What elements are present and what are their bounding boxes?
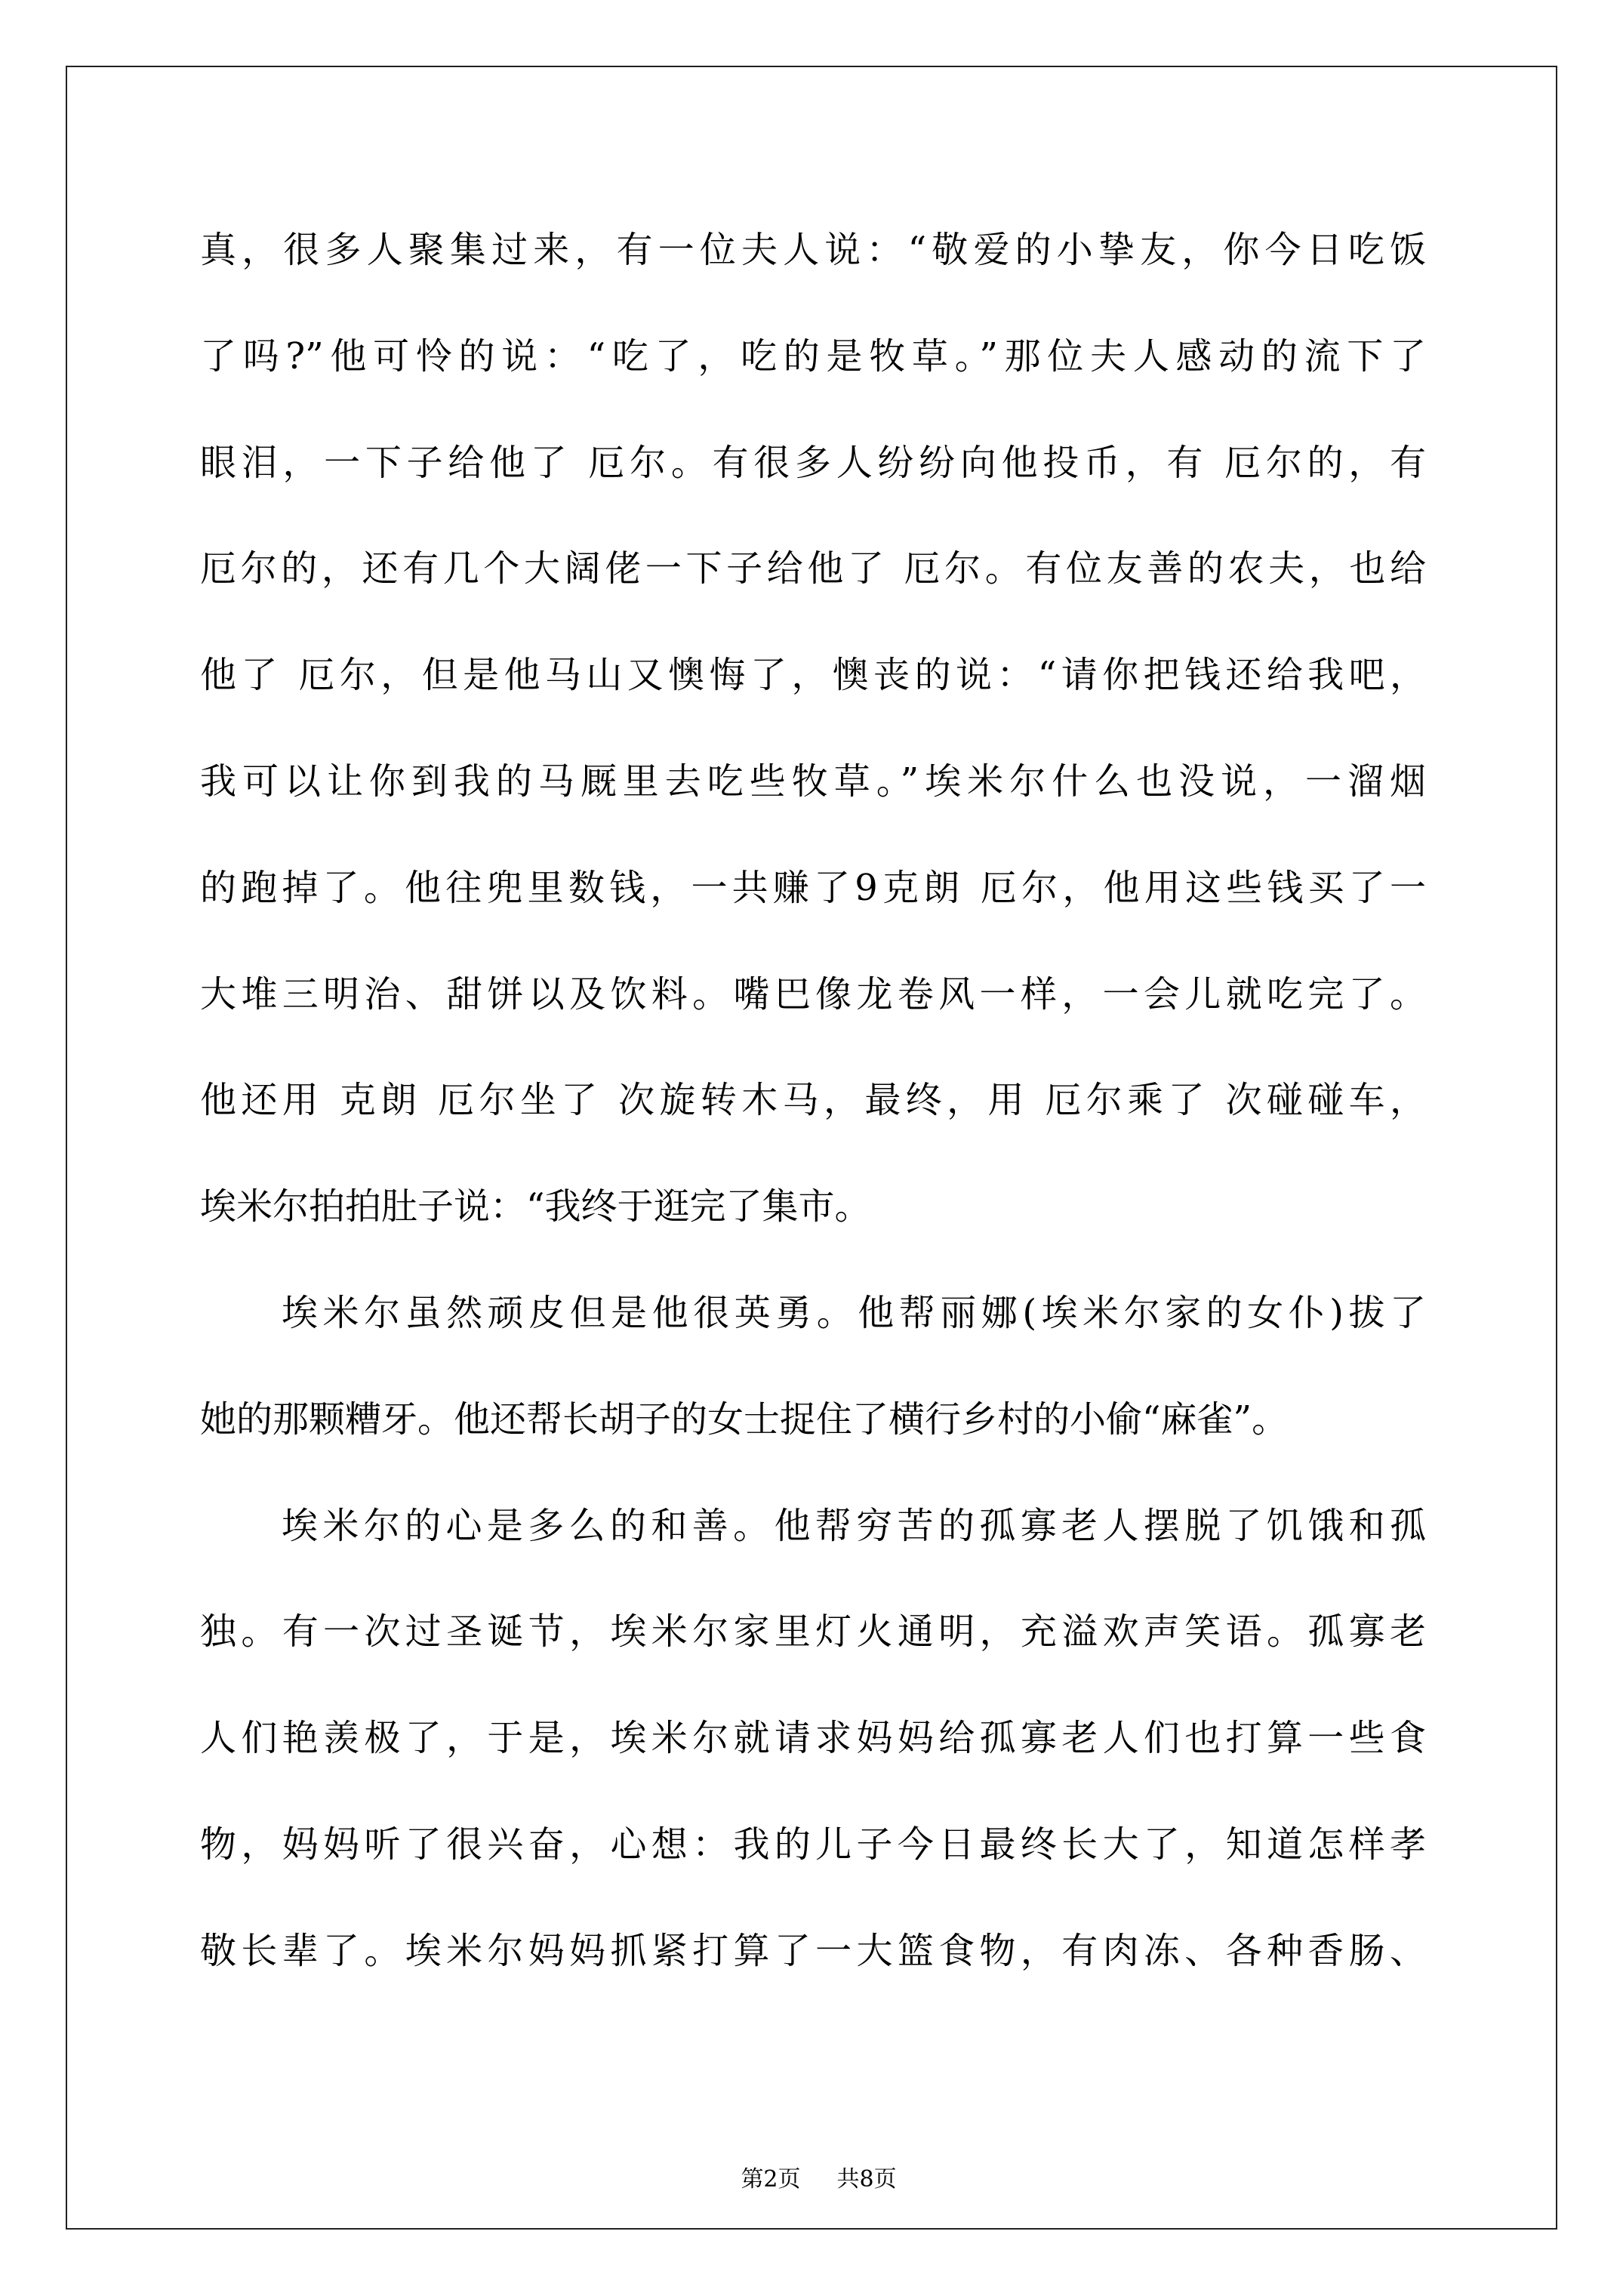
document-body: 真，很多人聚集过来，有一位夫人说：“敬爱的小挚友，你今日吃饭 了吗?”他可怜的说…	[200, 197, 1426, 2005]
text-line: 独。有一次过圣诞节，埃米尔家里灯火通明，充溢欢声笑语。孤寡老	[200, 1579, 1426, 1685]
text-line-paragraph-start: 埃米尔虽然顽皮但是他很英勇。他帮丽娜(埃米尔家的女仆)拔了	[200, 1260, 1426, 1367]
text-line: 他还用 克朗 厄尔坐了 次旋转木马，最终，用 厄尔乘了 次碰碰车，	[200, 1047, 1426, 1154]
text-line: 物，妈妈听了很兴奋，心想：我的儿子今日最终长大了，知道怎样孝	[200, 1792, 1426, 1898]
text-line: 真，很多人聚集过来，有一位夫人说：“敬爱的小挚友，你今日吃饭	[200, 197, 1426, 304]
page-number: 第2页	[741, 2162, 800, 2197]
text-line: 大堆三明治、甜饼以及饮料。嘴巴像龙卷风一样，一会儿就吃完了。	[200, 942, 1426, 1048]
text-line: 人们艳羡极了，于是，埃米尔就请求妈妈给孤寡老人们也打算一些食	[200, 1685, 1426, 1792]
text-line: 我可以让你到我的马厩里去吃些牧草。”埃米尔什么也没说，一溜烟	[200, 729, 1426, 835]
text-line: 厄尔的，还有几个大阔佬一下子给他了 厄尔。有位友善的农夫，也给	[200, 516, 1426, 622]
text-line: 眼泪，一下子给他了 厄尔。有很多人纷纷向他投币，有 厄尔的，有	[200, 410, 1426, 516]
text-line: 了吗?”他可怜的说：“吃了，吃的是牧草。”那位夫人感动的流下了	[200, 304, 1426, 410]
text-line-paragraph-start: 埃米尔的心是多么的和善。他帮穷苦的孤寡老人摆脱了饥饿和孤	[200, 1473, 1426, 1579]
text-line: 的跑掉了。他往兜里数钱，一共赚了9克朗 厄尔，他用这些钱买了一	[200, 835, 1426, 942]
page-total: 共8页	[837, 2162, 897, 2197]
text-line-paragraph-end: 她的那颗糟牙。他还帮长胡子的女士捉住了横行乡村的小偷“麻雀”。	[200, 1367, 1426, 1473]
text-line: 敬长辈了。埃米尔妈妈抓紧打算了一大篮食物，有肉冻、各种香肠、	[200, 1898, 1426, 2005]
text-line: 他了 厄尔，但是他马山又懊悔了，懊丧的说：“请你把钱还给我吧，	[200, 622, 1426, 729]
page-footer: 第2页共8页	[0, 2128, 1623, 2162]
text-line-paragraph-end: 埃米尔拍拍肚子说：“我终于逛完了集市。	[200, 1154, 1426, 1260]
